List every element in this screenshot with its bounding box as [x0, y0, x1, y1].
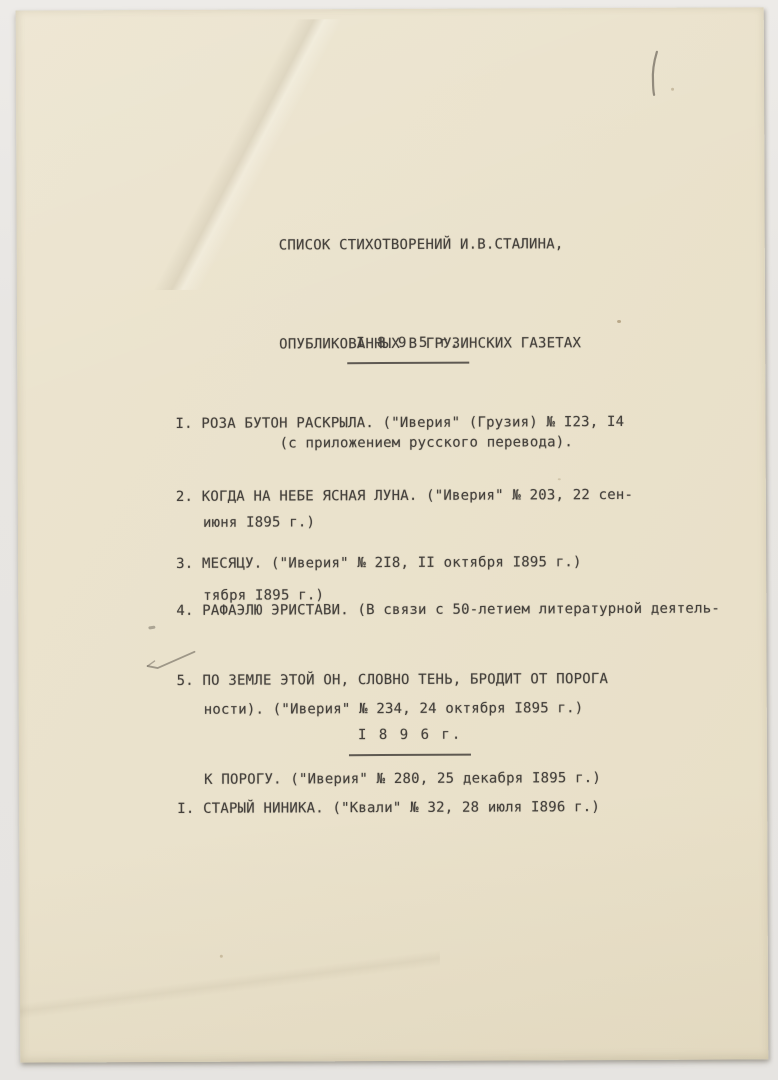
pencil-page-number-mark — [646, 48, 664, 104]
list-item: I. СТАРЫЙ НИНИКА. ("Квали" № 32, 28 июля… — [177, 724, 763, 892]
paper-speck — [671, 88, 674, 91]
paper-crease-bottom — [20, 909, 441, 1061]
paper-speck — [220, 955, 223, 958]
pencil-tick-mark — [148, 626, 155, 630]
document-page: СПИСОК СТИХОТВОРЕНИЙ И.В.СТАЛИНА, ОПУБЛИ… — [16, 7, 769, 1062]
title-line: СПИСОК СТИХОТВОРЕНИЙ И.В.СТАЛИНА, — [279, 228, 581, 262]
list-item-line: I. СТАРЫЙ НИНИКА. ("Квали" № 32, 28 июля… — [177, 790, 762, 826]
